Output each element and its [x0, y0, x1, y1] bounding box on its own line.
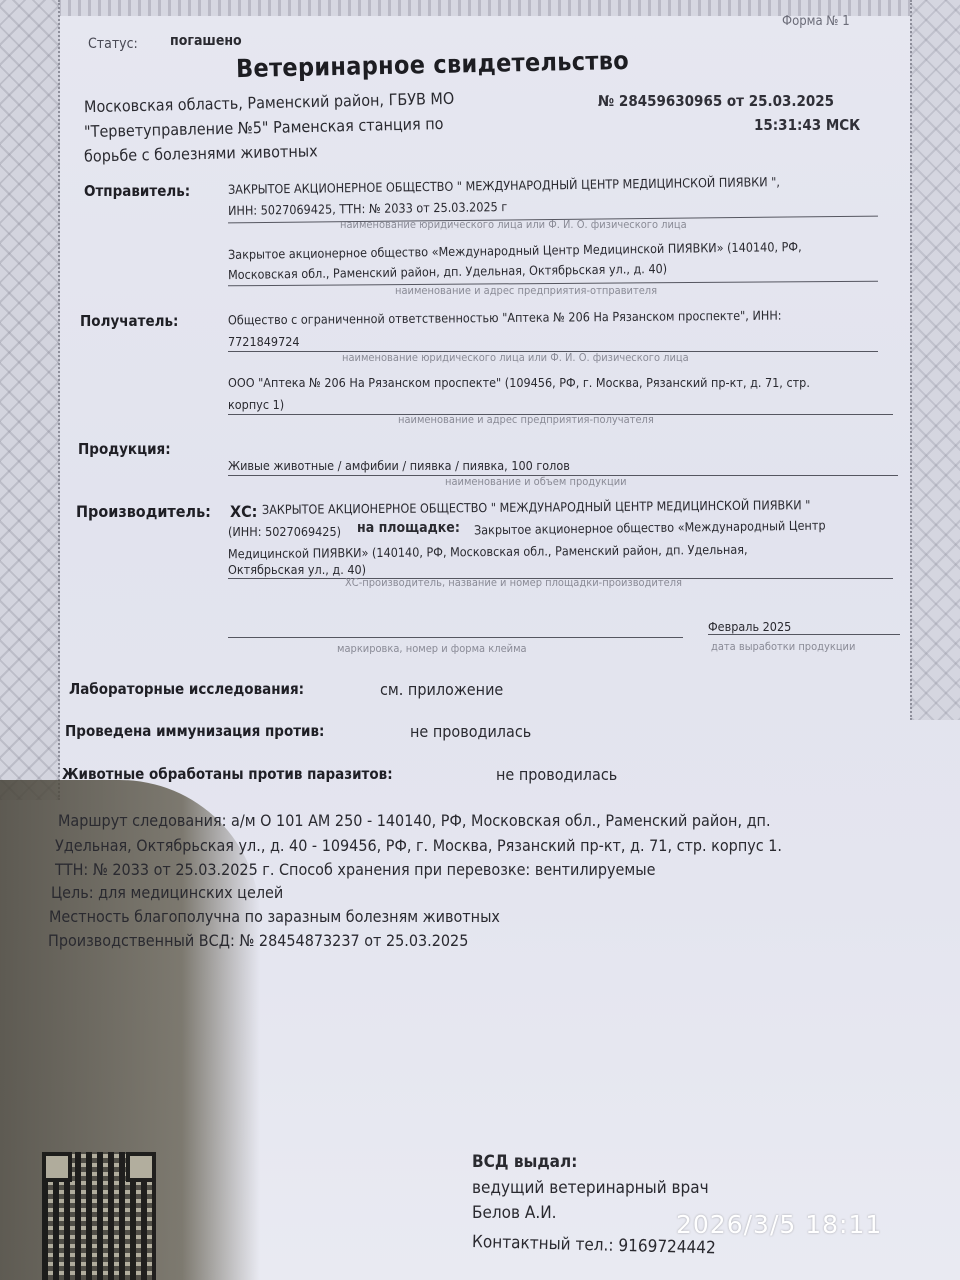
- locality-line: Местность благополучна по заразным болез…: [49, 907, 500, 926]
- producer-caption: ХС-производитель, название и номер площа…: [345, 576, 682, 589]
- producer-site-label: на площадке:: [357, 520, 460, 536]
- route-line-1: Маршрут следования: а/м О 101 АМ 250 - 1…: [58, 811, 771, 830]
- producer-line-3: Медицинской ПИЯВКИ» (140140, РФ, Московс…: [228, 542, 748, 562]
- recipient-address-caption: наименование и адрес предприятия-получат…: [398, 413, 654, 426]
- producer-line-4: Октябрьская ул., д. 40): [228, 562, 366, 577]
- immunization-value: не проводилась: [410, 722, 531, 741]
- route-line-2: Удельная, Октябрьская ул., д. 40 - 10945…: [55, 836, 782, 855]
- product-value: Живые животные / амфибии / пиявка / пияв…: [228, 458, 570, 473]
- page-title: Ветеринарное свидетельство: [236, 46, 630, 83]
- issuer-line-1: Московская область, Раменский район, ГБУ…: [84, 89, 455, 116]
- marking-underline: [228, 637, 683, 638]
- production-date-value: Февраль 2025: [708, 619, 791, 634]
- sender-name-line-2: ИНН: 5027069425, ТТН: № 2033 от 25.03.20…: [228, 199, 507, 218]
- qr-code-icon: [42, 1152, 156, 1280]
- marking-caption: маркировка, номер и форма клейма: [337, 642, 527, 655]
- production-date-caption: дата выработки продукции: [711, 640, 855, 653]
- sender-name-caption: наименование юридического лица или Ф. И.…: [340, 218, 687, 231]
- parasites-value: не проводилась: [496, 765, 617, 784]
- sender-label: Отправитель:: [84, 182, 190, 200]
- product-caption: наименование и объем продукции: [445, 475, 627, 488]
- sender-name-line-1: ЗАКРЫТОЕ АКЦИОНЕРНОЕ ОБЩЕСТВО " МЕЖДУНАР…: [228, 174, 780, 197]
- recipient-name-line-2: 7721849724: [228, 334, 300, 349]
- lab-value: см. приложение: [380, 680, 503, 699]
- photo-timestamp: 2026/3/5 18:11: [676, 1210, 882, 1239]
- status-label: Статус:: [88, 36, 138, 52]
- recipient-name-line-1: Общество с ограниченной ответственностью…: [228, 308, 782, 328]
- lab-label: Лабораторные исследования:: [69, 680, 304, 698]
- sender-address-line-1: Закрытое акционерное общество «Междунаро…: [228, 239, 802, 262]
- production-vsd-line: Производственный ВСД: № 28454873237 от 2…: [48, 931, 468, 950]
- recipient-address-line-1: ООО "Аптека № 206 На Рязанском проспекте…: [228, 375, 810, 390]
- producer-inn: (ИНН: 5027069425): [228, 524, 341, 539]
- recipient-address-line-2: корпус 1): [228, 397, 284, 412]
- issuer-line-3: борьбе с болезнями животных: [84, 141, 318, 165]
- sender-address-caption: наименование и адрес предприятия-отправи…: [395, 284, 657, 297]
- ornament-border-left: [0, 0, 60, 800]
- producer-site-line-1: Закрытое акционерное общество «Междунаро…: [474, 518, 826, 538]
- issued-by-position: ведущий ветеринарный врач: [472, 1178, 709, 1198]
- certificate-time: 15:31:43 МСК: [754, 116, 860, 134]
- recipient-name-caption: наименование юридического лица или Ф. И.…: [342, 351, 689, 364]
- producer-hs-label: ХС:: [230, 502, 257, 521]
- producer-line-1: ЗАКРЫТОЕ АКЦИОНЕРНОЕ ОБЩЕСТВО " МЕЖДУНАР…: [262, 497, 811, 517]
- product-label: Продукция:: [78, 440, 171, 458]
- route-line-3: ТТН: № 2033 от 25.03.2025 г. Способ хран…: [55, 860, 656, 879]
- form-number: Форма № 1: [782, 14, 850, 29]
- certificate-number: № 28459630965 от 25.03.2025: [598, 92, 834, 110]
- issued-by-name: Белов А.И.: [472, 1203, 557, 1223]
- sender-address-line-2: Московская обл., Раменский район, дп. Уд…: [228, 261, 667, 282]
- issued-by-label: ВСД выдал:: [472, 1152, 577, 1172]
- document-page: Форма № 1 Статус: погашено Ветеринарное …: [0, 0, 960, 1280]
- production-date-underline: [708, 634, 900, 635]
- producer-label: Производитель:: [76, 502, 211, 521]
- purpose-line: Цель: для медицинских целей: [51, 883, 283, 902]
- ornament-border-right: [910, 0, 960, 720]
- recipient-label: Получатель:: [80, 312, 178, 330]
- issuer-line-2: "Терветуправление №5" Раменская станция …: [84, 114, 444, 141]
- status-badge: погашено: [170, 33, 242, 49]
- immunization-label: Проведена иммунизация против:: [65, 722, 324, 740]
